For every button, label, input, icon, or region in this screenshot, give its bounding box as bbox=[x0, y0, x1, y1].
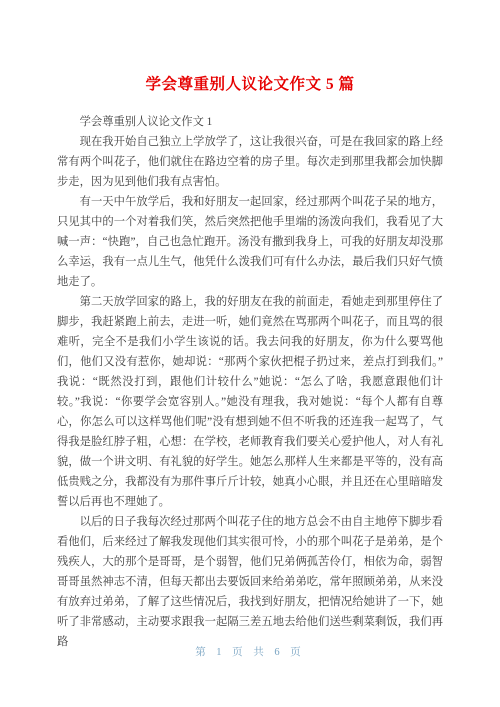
document-title: 学会尊重别人议论文作文 5 篇 bbox=[0, 72, 500, 94]
essay-subtitle: 学会尊重别人议论文作文 1 bbox=[57, 112, 443, 132]
page-number-footer: 第 1 页 共 6 页 bbox=[0, 644, 500, 659]
essay-body: 学会尊重别人议论文作文 1 现在我开始自己独立上学放学了，这让我很兴奋，可是在我… bbox=[57, 112, 443, 652]
essay-paragraph: 有一天中午放学后，我和好朋友一起回家，经过那两个叫花子呆的地方，只见其中的一个对… bbox=[57, 192, 443, 292]
document-page: 学会尊重别人议论文作文 5 篇 学会尊重别人议论文作文 1 现在我开始自己独立上… bbox=[0, 0, 500, 707]
essay-paragraph: 第二天放学回家的路上，我的好朋友在我的前面走，看她走到那里停住了脚步，我赶紧跑上… bbox=[57, 292, 443, 512]
essay-paragraph: 现在我开始自己独立上学放学了，这让我很兴奋，可是在我回家的路上经常有两个叫花子，… bbox=[57, 132, 443, 192]
essay-paragraph: 以后的日子我每次经过那两个叫花子住的地方总会不由自主地停下脚步看看他们，后来经过… bbox=[57, 512, 443, 652]
